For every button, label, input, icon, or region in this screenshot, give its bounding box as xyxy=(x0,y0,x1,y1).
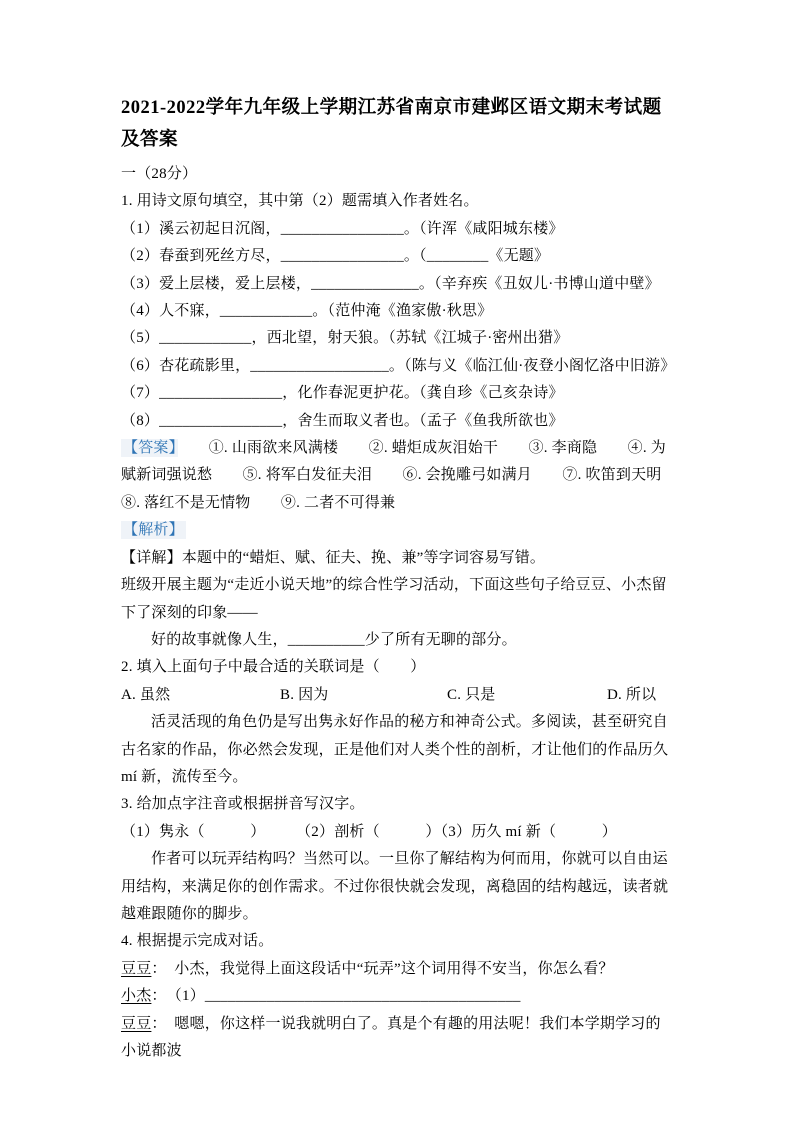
passage-2: 活灵活现的角色仍是写出隽永好作品的秘方和神奇公式。多阅读，甚至研究自古名家的作品… xyxy=(121,709,673,791)
answer-text: ①. 山雨欲来风满楼 ②. 蜡炬成灰泪始干 ③. 李商隐 ④. 为赋新词强说愁 … xyxy=(121,440,692,511)
question-3-items: （1）隽永（ ） （2）剖析（ ）（3）历久 mí 新（ ） xyxy=(121,819,673,846)
answer-label-badge: 【答案】 xyxy=(121,439,178,457)
dialogue-text: ： （1）___________________________________… xyxy=(151,988,520,1004)
question-1-item-2: （2）春蚕到死丝方尽，________________。（________《无题… xyxy=(121,243,673,270)
question-1-stem: 1. 用诗文原句填空，其中第（2）题需填入作者姓名。 xyxy=(121,188,673,215)
document-title: 2021-2022学年九年级上学期江苏省南京市建邺区语文期末考试题及答案 xyxy=(121,92,673,156)
detail-explanation: 【详解】本题中的“蜡炬、赋、征夫、挽、兼”等字词容易写错。 xyxy=(121,545,673,572)
dialogue-text: ： 嗯嗯，你这样一说我就明白了。真是个有趣的用法呢！我们本学期学习的小说都波 xyxy=(121,1016,661,1059)
question-4-stem: 4. 根据提示完成对话。 xyxy=(121,928,673,955)
activity-intro: 班级开展主题为“走近小说天地”的综合性学习活动，下面这些句子给豆豆、小杰留下了深… xyxy=(121,572,673,627)
dialogue-row-3: 豆豆： 嗯嗯，你这样一说我就明白了。真是个有趣的用法呢！我们本学期学习的小说都波 xyxy=(121,1011,673,1066)
analysis-paragraph: 【解析】 xyxy=(121,517,673,544)
analysis-label-badge: 【解析】 xyxy=(121,521,186,539)
passage-3: 作者可以玩弄结构吗？当然可以。一旦你了解结构为何而用，你就可以自由运用结构，来满… xyxy=(121,846,673,928)
question-1-item-6: （6）杏花疏影里，__________________。（陈与义《临江仙·夜登小… xyxy=(121,353,673,380)
section-heading: 一（28分） xyxy=(121,161,673,188)
option-a: A. 虽然 xyxy=(121,682,280,709)
speaker-name: 小杰 xyxy=(121,988,151,1004)
document-page: 2021-2022学年九年级上学期江苏省南京市建邺区语文期末考试题及答案 一（2… xyxy=(0,0,794,1123)
question-2-stem: 2. 填入上面句子中最合适的关联词是（ ） xyxy=(121,654,673,681)
question-1-item-4: （4）人不寐，____________。（范仲淹《渔家傲·秋思》 xyxy=(121,298,673,325)
dialogue-row-2: 小杰： （1）_________________________________… xyxy=(121,983,673,1010)
dialogue-text: ： 小杰，我觉得上面这段话中“玩弄”这个词用得不安当，你怎么看？ xyxy=(151,961,613,977)
question-3-stem: 3. 给加点字注音或根据拼音写汉字。 xyxy=(121,791,673,818)
answer-paragraph: 【答案】 ①. 山雨欲来风满楼 ②. 蜡炬成灰泪始干 ③. 李商隐 ④. 为赋新… xyxy=(121,435,673,517)
option-d: D. 所以 xyxy=(607,682,673,709)
option-c: C. 只是 xyxy=(447,682,607,709)
speaker-name: 豆豆 xyxy=(121,1016,151,1032)
option-b: B. 因为 xyxy=(280,682,447,709)
question-1-item-5: （5）____________，西北望，射天狼。（苏轼《江城子·密州出猎》 xyxy=(121,325,673,352)
speaker-name: 豆豆 xyxy=(121,961,151,977)
quote-line: 好的故事就像人生，__________少了所有无聊的部分。 xyxy=(121,627,673,654)
question-1-item-8: （8）________________，舍生而取义者也。（孟子《鱼我所欲也》 xyxy=(121,408,673,435)
question-1-item-3: （3）爱上层楼，爱上层楼，______________。（辛弃疾《丑奴儿·书博山… xyxy=(121,271,673,298)
question-1-item-7: （7）________________，化作春泥更护花。（龚自珍《己亥杂诗》 xyxy=(121,380,673,407)
dialogue-row-1: 豆豆： 小杰，我觉得上面这段话中“玩弄”这个词用得不安当，你怎么看？ xyxy=(121,956,673,983)
question-1-item-1: （1）溪云初起日沉阁，________________。（许浑《咸阳城东楼》 xyxy=(121,216,673,243)
question-2-options: A. 虽然 B. 因为 C. 只是 D. 所以 xyxy=(121,682,673,709)
